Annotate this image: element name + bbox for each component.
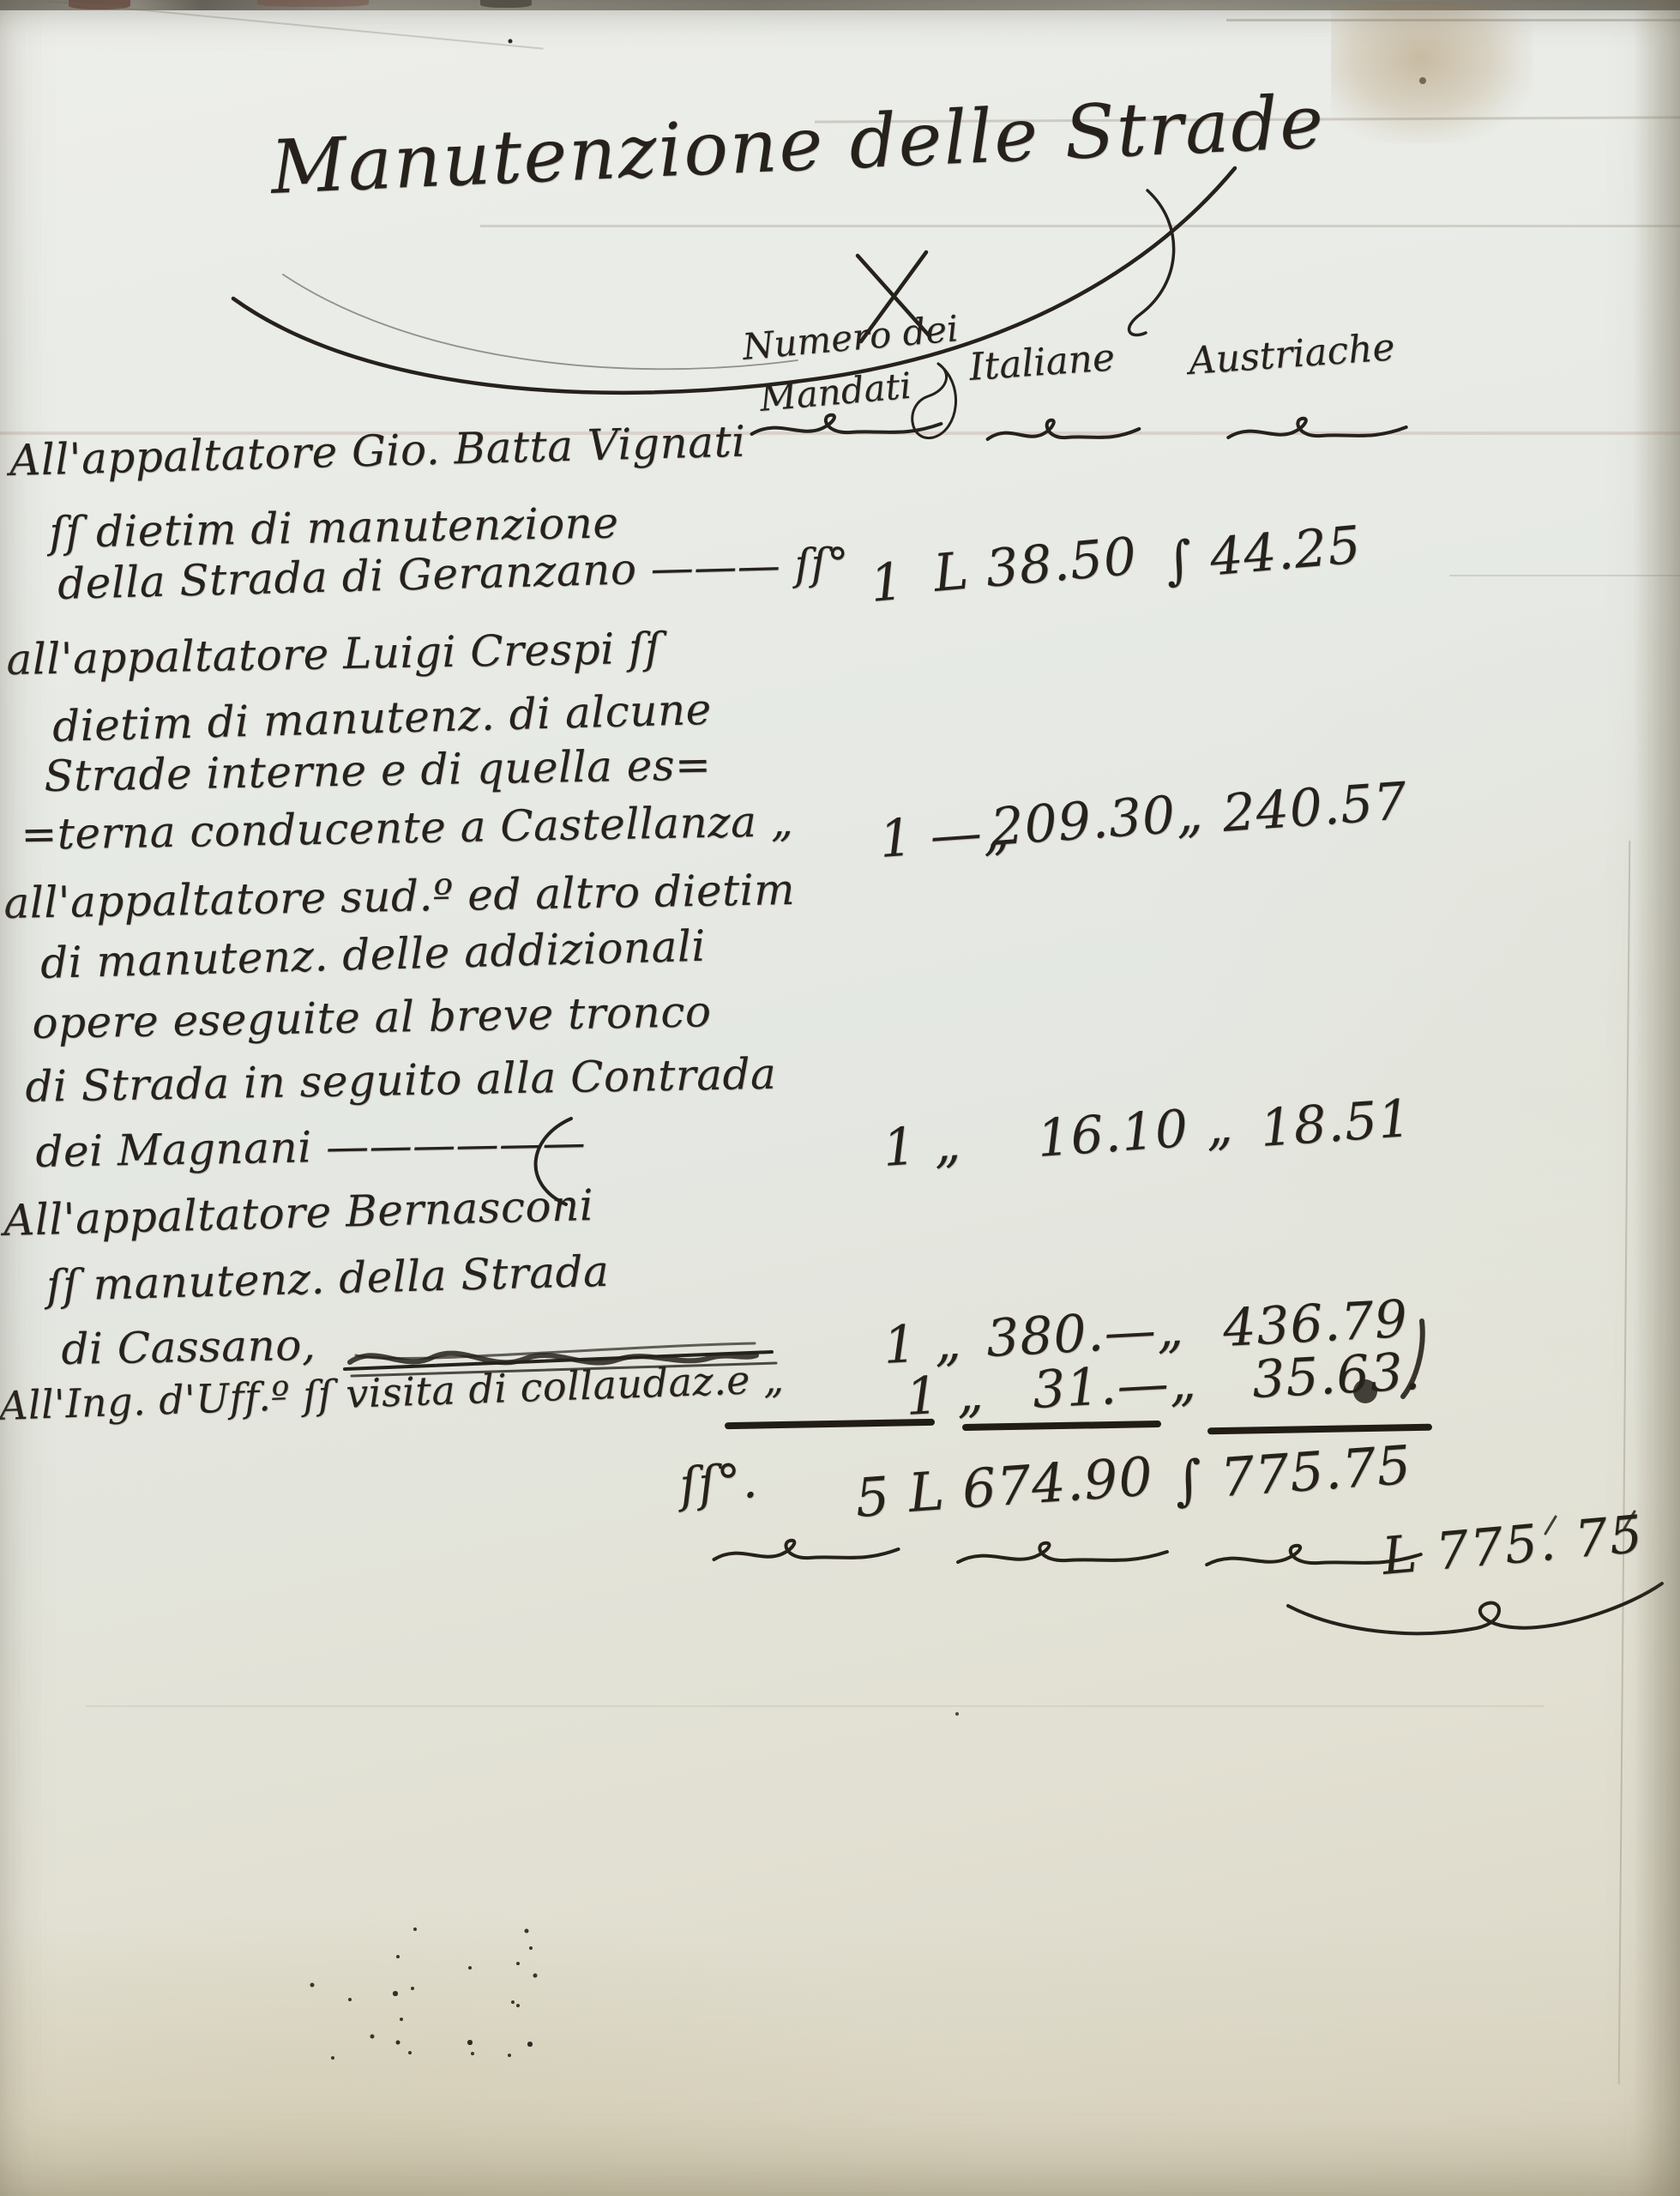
header-underline — [752, 415, 1406, 439]
right-edge-crease — [1618, 841, 1631, 2084]
total-italiane: L 674.90 — [906, 1445, 1155, 1524]
top-edge-mark — [480, 0, 532, 8]
column-header-italiane: Italiane — [967, 335, 1116, 389]
value-italiane: 31.—„ — [1031, 1352, 1198, 1421]
value-italiane: 16.10 „ — [1035, 1095, 1235, 1169]
entry-line: =terna conducente a Castellanza „ — [21, 796, 794, 860]
sum-rule-italiane — [962, 1421, 1161, 1431]
show-through-line — [1449, 575, 1680, 576]
top-edge-mark — [257, 0, 369, 7]
ink-stain — [1331, 2, 1532, 143]
right-edge-band — [1633, 0, 1680, 2196]
column-header-austriache: Austriache — [1187, 325, 1396, 383]
total-mandati: 5 — [853, 1464, 892, 1529]
value-austriache: 35.63. — [1250, 1342, 1422, 1410]
bottom-tone — [0, 1921, 1680, 2196]
show-through-line — [480, 225, 1680, 227]
entry-line: dei Magnani —————— — [35, 1118, 587, 1177]
top-edge-mark — [69, 0, 130, 9]
grand-total: L 775. 75 — [1380, 1505, 1647, 1587]
sum-rule-austriache — [1207, 1424, 1432, 1435]
entry-line: Strade interne e di quella es= — [44, 739, 712, 801]
page-title: Manutenzione delle Strade — [269, 79, 1327, 211]
totals-label: ſſ°. — [677, 1453, 760, 1514]
entry-line: all'appaltatore sud.º ed altro dietim — [3, 865, 796, 928]
totals-underline — [714, 1541, 1420, 1565]
entry-line: di Strada in seguito alla Contrada — [25, 1049, 777, 1112]
manuscript-page: Manutenzione delle Strade Numero dei Man… — [0, 0, 1680, 2196]
crease-line — [86, 1705, 1544, 1707]
show-through-line — [1226, 19, 1680, 21]
value-austriache: 18.51 — [1258, 1089, 1413, 1159]
entry-line: di Cassano, — [61, 1320, 316, 1374]
value-italiane: L 38.50 — [931, 527, 1140, 604]
column-header-mandati-line1: Numero dei — [741, 307, 960, 368]
entry-line: opere eseguite al breve tronco — [32, 986, 712, 1048]
value-mandati: 1 „ — [881, 1113, 963, 1179]
title-tail-flourish — [1129, 190, 1174, 335]
value-austriache: 240.57 — [1220, 771, 1409, 844]
entry-line: di manutenz. delle addizionali — [39, 921, 706, 988]
title-loop-flourish — [912, 364, 956, 438]
crease-line — [48, 0, 544, 50]
entry-line: ſſ manutenz. della Strada — [45, 1246, 609, 1311]
value-mandati: 1 „ — [904, 1363, 985, 1427]
column-header-mandati-line2: Mandati — [758, 365, 913, 419]
value-italiane: 209.30„ — [989, 783, 1205, 858]
grand-total-flourish — [1288, 1584, 1662, 1633]
top-page-edge — [0, 0, 1680, 10]
total-austriache: ∫ 775.75 — [1172, 1433, 1413, 1512]
value-austriache: ∫ 44.25 — [1163, 515, 1364, 592]
entry-line: all'appaltatore Luigi Crespi ſſ — [6, 624, 662, 685]
value-mandati: 1 — [868, 552, 906, 614]
ink-speck-cluster — [0, 0, 2, 2]
entry-line: All'appaltatore Gio. Batta Vignati — [9, 417, 746, 486]
ink-stain-dot — [1419, 77, 1426, 84]
sum-rule-mandati — [725, 1419, 935, 1429]
entry-line: All'appaltatore Bernasconi — [3, 1180, 593, 1246]
